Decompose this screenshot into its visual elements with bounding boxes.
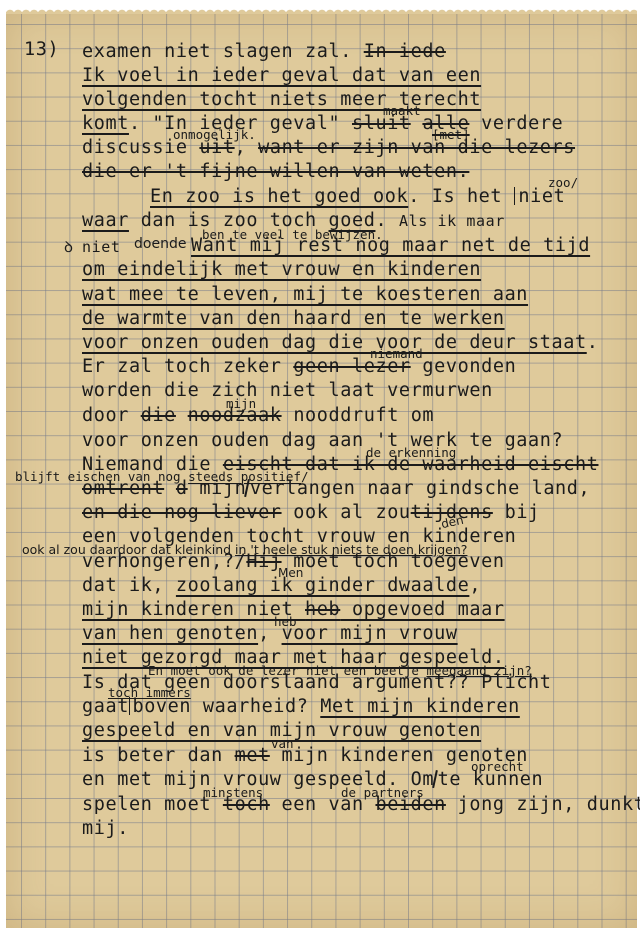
underlined-text: mijn kinderen niet [82, 599, 305, 620]
text: een van [270, 794, 376, 815]
text [411, 113, 423, 134]
struck-text: d [176, 478, 188, 499]
struck-text: die [141, 405, 176, 426]
text-line-15: worden die zich niet laat vermurwen [82, 380, 493, 402]
text: niet [518, 186, 565, 207]
text-line-4: komt. "In ieder geval" sluit alle verder… [82, 113, 563, 135]
text: is beter dan [82, 745, 235, 766]
text: examen niet slagen zal. [82, 41, 364, 62]
underlined-text: En zoo is het goed ook [150, 186, 408, 207]
text: gaat [82, 696, 129, 717]
struck-text: Hij [246, 551, 281, 572]
margin-mark: ꝺ [64, 236, 74, 258]
text: doende [134, 237, 186, 251]
underlined-text: Ik voel in ieder geval dat van een [82, 65, 481, 86]
text-line-10: om eindelijk met vrouw en kinderen [82, 259, 481, 281]
underlined-text: wat mee te leven, mij te koesteren aan [82, 284, 528, 305]
text [164, 478, 176, 499]
struck-text: geen lezer [293, 356, 410, 377]
text: ? Plicht [458, 672, 552, 693]
struck-text: heb [305, 599, 340, 620]
text-line-33: mij. [82, 818, 129, 840]
underlined-text: Want mij rest nog maar net de tijd [191, 235, 590, 256]
text [176, 405, 188, 426]
text: Als ik maar [399, 212, 505, 230]
text-line-19: omtrent d mijnverlangen naar gindsche la… [82, 478, 590, 500]
underlined-text: van hen genoten [82, 623, 258, 644]
text: gevonden [411, 356, 517, 377]
struck-text: In iede [364, 41, 446, 62]
text-line-7: En zoo is het goed ook. Is het niet [150, 186, 565, 208]
text: Er zal toch zeker [82, 356, 293, 377]
text: . [587, 332, 599, 353]
text: spelen moet [82, 794, 223, 815]
underlined-text: volgenden tocht niets meer terecht [82, 89, 481, 110]
underlined-text: komt [82, 113, 129, 134]
text: jong zijn, dunkt [446, 794, 640, 815]
text: dat ik, [82, 575, 176, 596]
struck-text: sluit [352, 113, 411, 134]
page-number: 13) [24, 39, 59, 61]
text-line-3: volgenden tocht niets meer terecht [82, 89, 481, 111]
text-line-6: die er 't fijne willen van weten. [82, 161, 469, 183]
text: bij [493, 502, 540, 523]
text-line-20: en die nog liever ook al zoutijdens bij [82, 502, 540, 524]
text: voor onzen ouden dag aan 't werk te gaan… [82, 430, 563, 451]
text: mij. [82, 818, 129, 839]
struck-text: die er 't fijne willen van weten. [82, 161, 469, 182]
text-line-28: gaatboven waarheid? Met mijn kinderen [82, 696, 520, 718]
text: verlangen naar gindsche land, [250, 478, 590, 499]
text-line-25: van hen genoten, voor mijn vrouw [82, 623, 458, 645]
text: door [82, 405, 141, 426]
text-line-16: door die noodzaak nooddruft om [82, 405, 434, 427]
text-line-2: Ik voel in ieder geval dat van een [82, 65, 481, 87]
text-line-14: Er zal toch zeker geen lezer gevonden [82, 356, 516, 378]
text-line-11: wat mee te leven, mij te koesteren aan [82, 284, 528, 306]
text: verhongeren,?/ [82, 551, 246, 572]
text-line-32: spelen moet toch een van beiden jong zij… [82, 794, 640, 816]
text: mijn [188, 478, 247, 499]
underlined-text: zoolang ik ginder dwaalde [176, 575, 469, 596]
struck-text: toch [223, 794, 270, 815]
struck-text: beiden [375, 794, 445, 815]
text: verdere [469, 113, 563, 134]
text-line-1: examen niet slagen zal. In iede [82, 41, 446, 63]
underlined-text: Met mijn kinderen [320, 696, 520, 717]
text: nooddruft om [282, 405, 435, 426]
struck-text: en die nog liever [82, 502, 282, 523]
struck-text: want er zijn van die lezers [258, 137, 575, 158]
underlined-text: waar [82, 210, 129, 231]
underlined-text: de warmte van den haard en te werken [82, 308, 505, 329]
text-line-30: is beter dan met mijn kinderen genoten [82, 745, 528, 767]
struck-text: met [235, 745, 270, 766]
underlined-text: opgevoed maar [340, 599, 504, 620]
text-line-12: de warmte van den haard en te werken [82, 308, 505, 330]
caret-mark [129, 697, 131, 715]
struck-text: noodzaak [188, 405, 282, 426]
underlined-text: om eindelijk met vrouw en kinderen [82, 259, 481, 280]
torn-top-edge [6, 6, 637, 14]
text: niet [82, 236, 121, 258]
text: discussie [82, 137, 199, 158]
text: , [469, 575, 481, 596]
struck-text: uit [199, 137, 234, 158]
text: . Is het [408, 186, 514, 207]
text-line-17: voor onzen ouden dag aan 't werk te gaan… [82, 430, 563, 452]
text-line-9: Want mij rest nog maar net de tijd [191, 235, 590, 257]
text: , [258, 623, 281, 644]
text: worden die zich niet laat vermurwen [82, 380, 493, 401]
text-line-31: en met mijn vrouw gespeeld. Omte kunnen [82, 769, 543, 791]
underlined-text: voor onzen ouden dag die voor de deur st… [82, 332, 587, 353]
text-line-5: discussie uit, want er zijn van die leze… [82, 137, 575, 159]
struck-text: omtrent [82, 478, 164, 499]
text: , [235, 137, 258, 158]
text: moet toch toegeven [282, 551, 505, 572]
text: te kunnen [438, 769, 544, 790]
text-line-23: dat ik, zoolang ik ginder dwaalde, [82, 575, 481, 597]
text-line-13: voor onzen ouden dag die voor de deur st… [82, 332, 598, 354]
underlined-text: voor mijn vrouw [282, 623, 458, 644]
caret-mark [514, 187, 516, 205]
text: ook al zou [282, 502, 411, 523]
text: boven waarheid? [132, 696, 320, 717]
